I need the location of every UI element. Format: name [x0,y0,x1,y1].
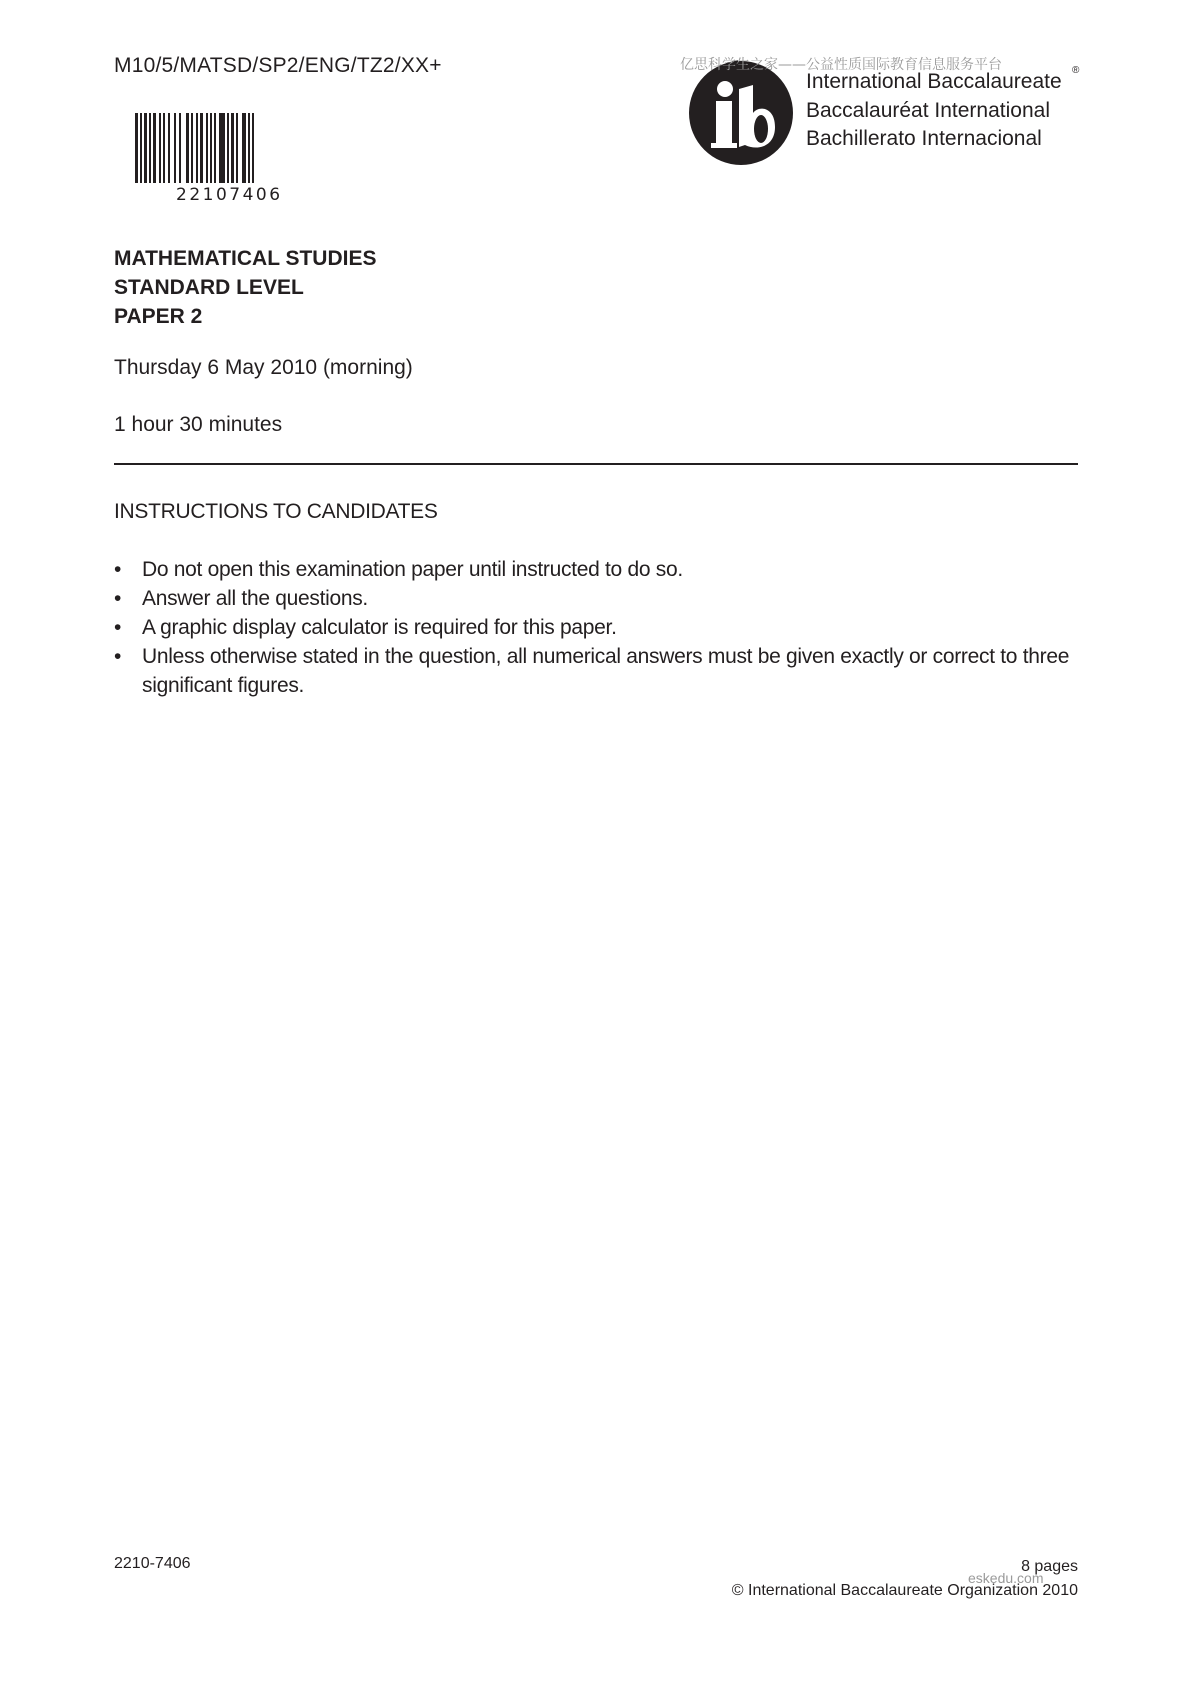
bullet-icon: • [114,555,121,584]
exam-date: Thursday 6 May 2010 (morning) [114,356,413,380]
org-name-french: Baccalauréat International [806,97,1062,126]
instructions-heading: INSTRUCTIONS TO CANDIDATES [114,500,438,524]
organization-name: International Baccalaureate Baccalauréat… [806,68,1062,154]
bullet-icon: • [114,584,121,613]
exam-duration: 1 hour 30 minutes [114,413,282,437]
bullet-icon: • [114,642,121,671]
exam-title: MATHEMATICAL STUDIES STANDARD LEVEL PAPE… [114,244,377,331]
instruction-item: •Do not open this examination paper unti… [114,555,1080,584]
level: STANDARD LEVEL [114,273,377,302]
divider [114,463,1078,465]
watermark-bottom: eskedu.com [968,1570,1043,1586]
instructions-list: •Do not open this examination paper unti… [114,555,1080,700]
barcode-number: 22107406 [176,185,283,205]
bullet-icon: • [114,613,121,642]
instruction-item: •Answer all the questions. [114,584,1080,613]
org-name-english: International Baccalaureate [806,68,1062,97]
paper-number: PAPER 2 [114,302,377,331]
org-name-spanish: Bachillerato Internacional [806,125,1062,154]
instruction-item: •Unless otherwise stated in the question… [114,642,1080,700]
paper-code: M10/5/MATSD/SP2/ENG/TZ2/XX+ [114,54,442,78]
instruction-item: •A graphic display calculator is require… [114,613,1080,642]
subject: MATHEMATICAL STUDIES [114,244,377,273]
footer-code: 2210-7406 [114,1555,191,1573]
barcode [135,113,317,183]
registered-mark: ® [1072,65,1079,76]
